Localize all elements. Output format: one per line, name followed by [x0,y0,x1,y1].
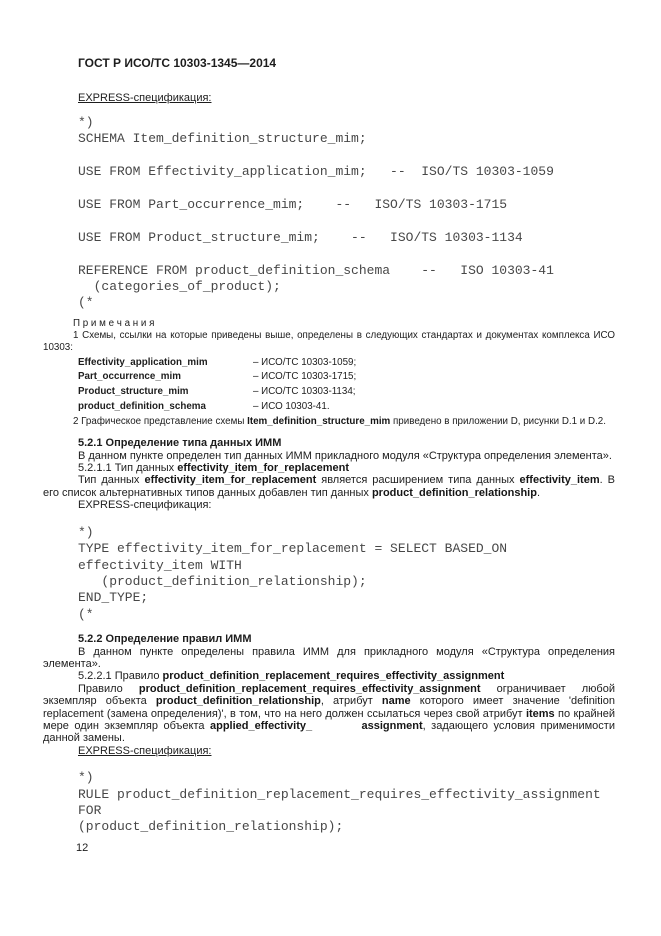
schema-reference-row: product_definition_schema – ИСО 10303-41… [43,400,615,415]
schema-reference-standard: – ИСО/ТС 10303-1134; [253,385,356,400]
page-number: 12 [76,842,615,855]
schema-reference-standard: – ИСО/ТС 10303-1059; [253,356,356,371]
schema-reference-term: product_definition_schema [78,400,253,415]
express-code-type-block: *) TYPE effectivity_item_for_replacement… [78,525,615,623]
schema-reference-standard: – ИСО/ТС 10303-1715; [253,370,356,385]
notes-block: П р и м е ч а н и я 1 Схемы, ссылки на к… [43,318,615,428]
section-5-2-1-1-body: Тип данных effectivity_item_for_replacem… [43,474,615,499]
section-5-2-1-intro: В данном пункте определен тип данных ИММ… [43,450,615,462]
schema-reference-row: Part_occurrence_mim – ИСО/ТС 10303-1715; [43,370,615,385]
section-heading-5-2-2: 5.2.2 Определение правил ИММ [43,633,615,645]
section-5-2-2-1-body: Правило product_definition_replacement_r… [43,683,615,745]
express-spec-label-1: EXPRESS-спецификация: [78,92,615,105]
document-page: ГОСТ Р ИСО/ТС 10303-1345—2014 EXPRESS-сп… [0,0,661,936]
express-code-schema-block: *) SCHEMA Item_definition_structure_mim;… [78,115,615,312]
note-1-text: 1 Схемы, ссылки на которые приведены выш… [43,330,615,354]
schema-reference-row: Product_structure_mim – ИСО/ТС 10303-113… [43,385,615,400]
schema-reference-term: Effectivity_application_mim [78,356,253,371]
express-spec-label-text: EXPRESS-спецификация: [78,745,211,757]
express-code-rule-block: *) RULE product_definition_replacement_r… [78,770,615,836]
schema-reference-standard: – ИСО 10303-41. [253,400,330,415]
note-2-text: 2 Графическое представление схемы Item_d… [43,416,615,428]
section-5-2-2-intro: В данном пункте определены правила ИММ д… [43,646,615,671]
section-heading-5-2-1-1: 5.2.1.1 Тип данных effectivity_item_for_… [43,462,615,474]
schema-reference-list: Effectivity_application_mim – ИСО/ТС 103… [43,356,615,414]
express-spec-label-2: EXPRESS-спецификация: [78,499,615,511]
express-spec-label-text: EXPRESS-спецификация: [78,92,211,104]
schema-reference-term: Part_occurrence_mim [78,370,253,385]
express-spec-label-3: EXPRESS-спецификация: [78,745,615,757]
schema-reference-row: Effectivity_application_mim – ИСО/ТС 103… [43,356,615,371]
notes-title: П р и м е ч а н и я [73,318,615,330]
section-heading-5-2-1: 5.2.1 Определение типа данных ИММ [43,437,615,449]
page-header-title: ГОСТ Р ИСО/ТС 10303-1345—2014 [78,56,615,70]
schema-reference-term: Product_structure_mim [78,385,253,400]
section-heading-5-2-2-1: 5.2.2.1 Правило product_definition_repla… [43,670,615,682]
